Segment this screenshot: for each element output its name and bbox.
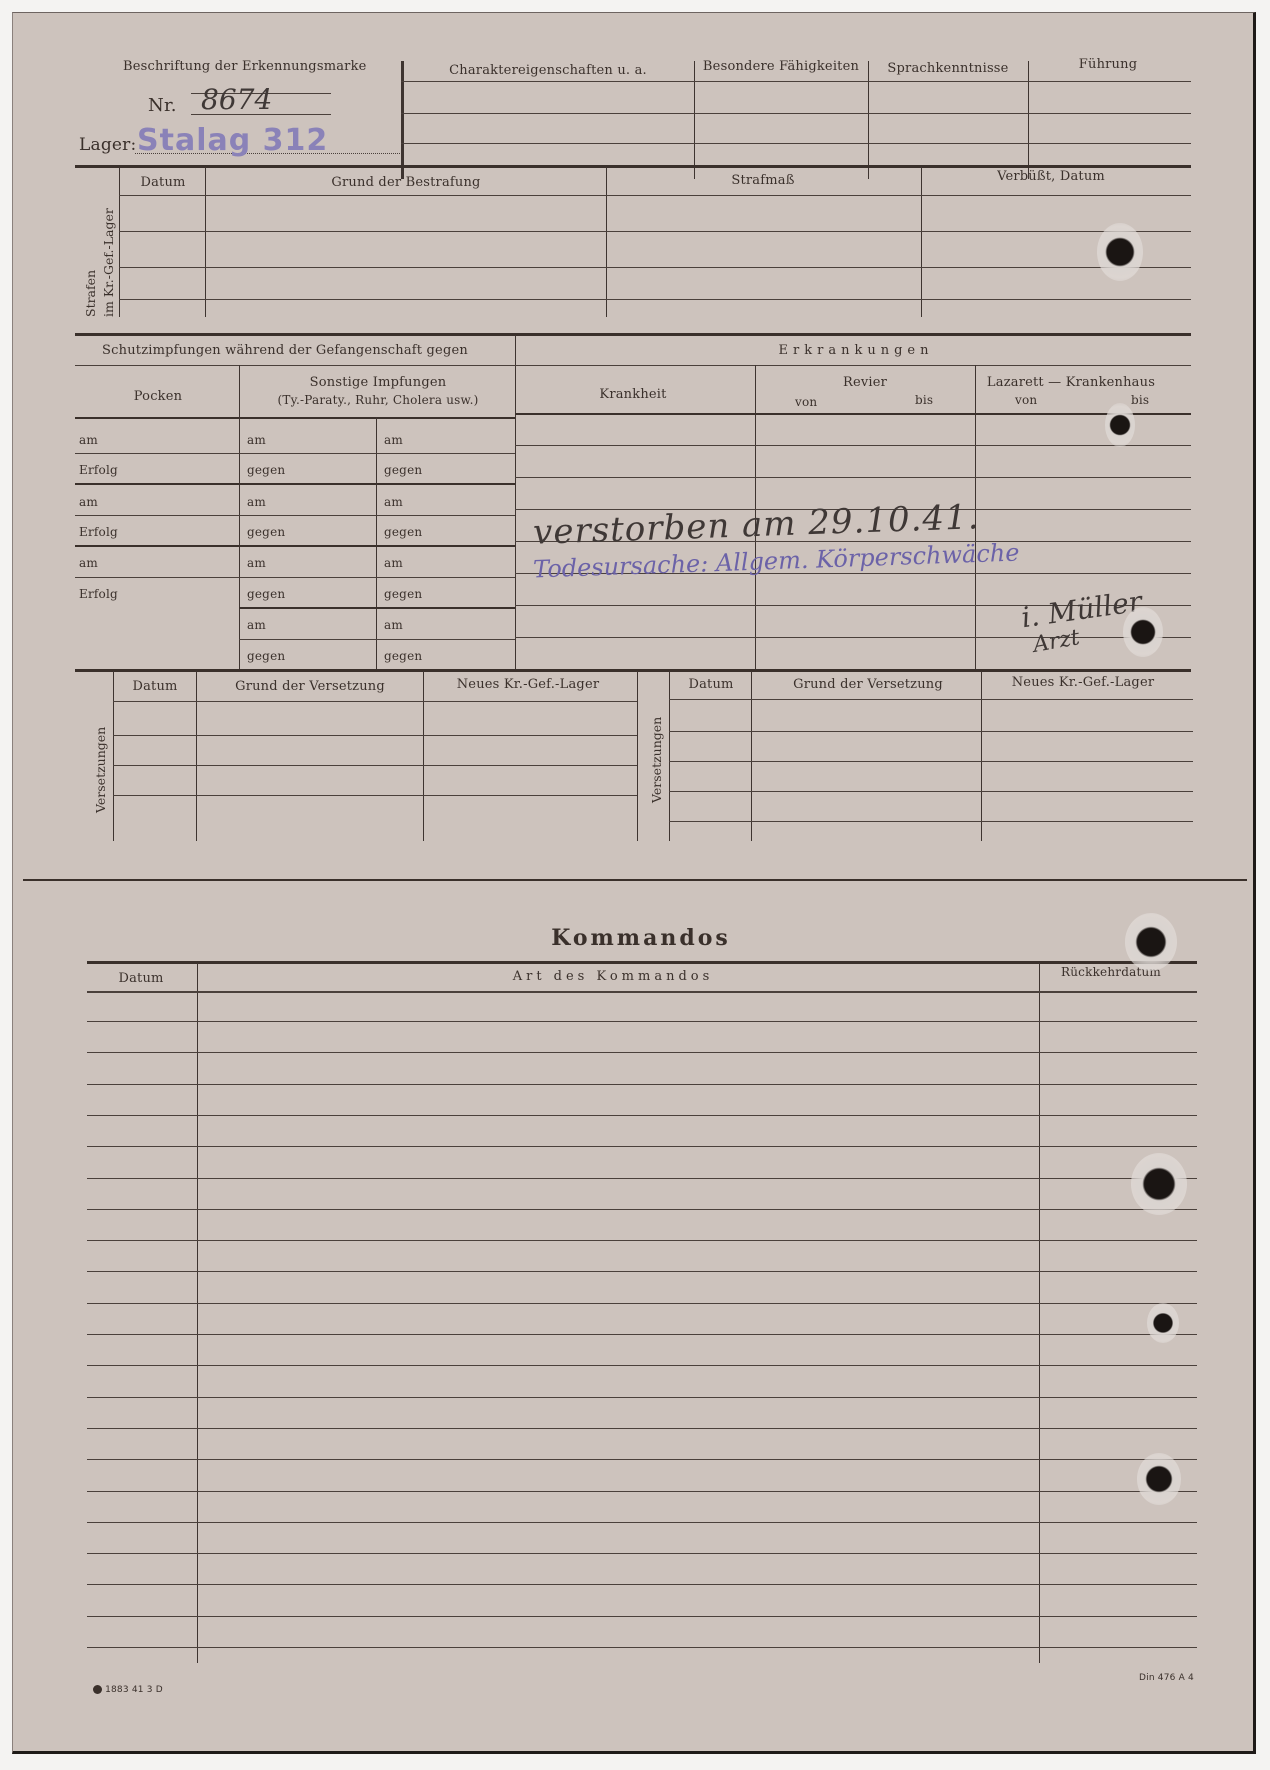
col-divider [868,61,869,179]
versetzungen-right-col-lager: Neues Kr.-Gef.-Lager [1012,675,1155,690]
sonstige-row: am [247,433,266,447]
punch-hole [1123,607,1163,657]
nr-value: 8674 [201,83,272,116]
kommandos-table-row [87,1459,1197,1460]
nr-label: Nr. [148,95,177,116]
section-rule [75,669,1191,672]
col-divider [196,671,197,841]
col-divider [113,671,114,841]
col-divider [239,417,240,669]
schutzimpfungen-title: Schutzimpfungen während der Gefangenscha… [102,343,468,358]
kommandos-col-datum: Datum [118,971,163,986]
revier-label: Revier [843,375,887,390]
kommandos-table-row [87,1522,1197,1523]
punch-hole [1131,1153,1187,1215]
col-divider [197,963,198,1663]
krankheit-label: Krankheit [599,387,666,402]
sonstige-row: am [384,433,403,447]
col-besondere-faehigkeiten: Besondere Fähigkeiten [703,59,859,74]
lazarett-von: von [1015,393,1037,407]
rule [239,639,515,640]
col-fuehrung: Führung [1079,57,1137,72]
sonstige-row: gegen [384,525,422,539]
rule [239,577,515,578]
section-rule [87,961,1197,964]
punch-hole [1137,1453,1181,1505]
strafen-col-strafmass: Strafmaß [731,173,794,188]
col-divider [751,671,752,841]
sonstige-row: gegen [247,587,285,601]
rule [75,417,515,419]
revier-bis: bis [915,393,933,407]
versetzungen-col-lager: Neues Kr.-Gef.-Lager [457,677,600,692]
pocken-row: am [79,433,98,447]
punch-hole [1105,403,1135,447]
col-divider [423,671,424,841]
strafen-side-label: Strafen [83,270,98,317]
rule [119,195,1191,196]
revier-von: von [795,395,817,409]
pocken-row: Erfolg [79,463,118,477]
rule [113,795,637,796]
punch-hole [1125,913,1177,971]
strafen-side-label-2: im Kr.-Gef.-Lager [101,208,116,317]
rule [239,515,515,516]
strafen-col-verbuesst: Verbüßt, Datum [997,169,1105,184]
strafen-col-grund: Grund der Bestrafung [331,175,480,190]
sonstige-sublabel: (Ty.-Paraty., Ruhr, Cholera usw.) [278,393,479,407]
rule [401,143,1191,144]
col-divider [606,167,607,317]
rule [401,113,1191,114]
rule [119,267,1191,268]
col-divider [239,365,240,417]
sonstige-row: gegen [247,525,285,539]
rule [239,453,515,454]
rule [113,765,637,766]
rule [239,607,515,609]
kommandos-table-row [87,1365,1197,1366]
kommandos-col-art: Art des Kommandos [513,969,714,984]
kommandos-table-row [87,1178,1197,1179]
footer-din-format: Din 476 A 4 [1139,1673,1194,1683]
rule [401,81,1191,82]
rule [669,821,1193,822]
sonstige-row: gegen [247,463,285,477]
col-sprachkenntnisse: Sprachkenntnisse [887,61,1008,76]
section-rule [75,165,1191,168]
rule [669,699,1193,700]
printer-mark-icon [93,1685,102,1694]
col-divider [515,335,516,669]
erkennungsmarke-label: Beschriftung der Erkennungsmarke [123,59,367,74]
sonstige-row: gegen [384,649,422,663]
kommandos-table-row [87,1146,1197,1147]
rule [515,477,1191,478]
fold-divider [23,879,1247,881]
kommandos-table-row [87,1647,1197,1648]
pocken-row: am [79,556,98,570]
kommandos-table-row [87,1209,1197,1210]
pocken-row: am [79,495,98,509]
header-divider [401,61,404,179]
sonstige-row: gegen [384,463,422,477]
col-divider [637,671,638,841]
rule [669,731,1193,732]
rule [75,453,241,454]
sonstige-row: gegen [247,649,285,663]
col-divider [205,167,206,317]
pocken-row: Erfolg [79,587,118,601]
kommandos-table-row [87,1616,1197,1617]
rule [669,761,1193,762]
kommandos-table-row [87,1115,1197,1116]
col-divider [694,61,695,179]
pow-record-card: Beschriftung der Erkennungsmarke Nr. 867… [12,12,1256,1754]
kommandos-table-row [87,1021,1197,1022]
rule [113,701,637,702]
kommandos-table-row [87,1084,1197,1085]
kommandos-table-row [87,1553,1197,1554]
col-divider [981,671,982,841]
rule [119,299,1191,300]
col-divider [1028,61,1029,179]
sonstige-row: am [384,618,403,632]
sonstige-row: am [247,556,266,570]
kommandos-table-row [87,1052,1197,1053]
rule [75,577,241,578]
sonstige-label: Sonstige Impfungen [310,375,447,390]
col-charaktereigenschaften: Charaktereigenschaften u. a. [449,63,647,78]
rule [75,365,515,366]
erkrankungen-title: Erkrankungen [779,343,934,358]
strafen-col-datum: Datum [140,175,185,190]
lazarett-bis: bis [1131,393,1149,407]
pocken-label: Pocken [134,389,182,404]
versetzungen-col-grund: Grund der Versetzung [235,679,385,694]
versetzungen-side-label: Versetzungen [93,727,108,813]
footer-print-code: 1883 41 3 D [93,1685,163,1695]
punch-hole [1097,223,1143,281]
kommandos-table-row [87,1584,1197,1585]
rule [113,735,637,736]
rule [515,637,1191,638]
sonstige-row: gegen [384,587,422,601]
sonstige-row: am [247,495,266,509]
rule [669,791,1193,792]
versetzungen-right-col-grund: Grund der Versetzung [793,677,943,692]
lazarett-label: Lazarett — Krankenhaus [987,375,1155,390]
col-divider [376,417,377,669]
col-divider [1039,963,1040,1663]
kommandos-table-row [87,1271,1197,1272]
versetzungen-side-label-right: Versetzungen [649,717,664,803]
rule [87,991,1197,993]
col-divider [921,167,922,317]
section-rule [75,333,1191,336]
rule [75,515,241,516]
rule [75,483,515,485]
kommandos-table-row [87,1397,1197,1398]
col-divider [669,671,670,841]
rule [119,231,1191,232]
lager-label: Lager: [79,135,136,155]
kommandos-table-row [87,1240,1197,1241]
kommandos-table-row [87,1303,1197,1304]
lager-stamp: Stalag 312 [137,123,328,158]
kommandos-title: Kommandos [551,925,731,951]
sonstige-row: am [247,618,266,632]
rule [515,413,1191,415]
versetzungen-col-datum: Datum [132,679,177,694]
pocken-row: Erfolg [79,525,118,539]
kommandos-table-row [87,1491,1197,1492]
rule [515,445,1191,446]
sonstige-row: am [384,556,403,570]
punch-hole [1147,1303,1179,1343]
col-divider [119,167,120,317]
kommandos-table-row [87,1428,1197,1429]
kommandos-table-row [87,1334,1197,1335]
rule [515,365,1191,366]
sonstige-row: am [384,495,403,509]
versetzungen-right-col-datum: Datum [688,677,733,692]
rule [75,545,515,547]
